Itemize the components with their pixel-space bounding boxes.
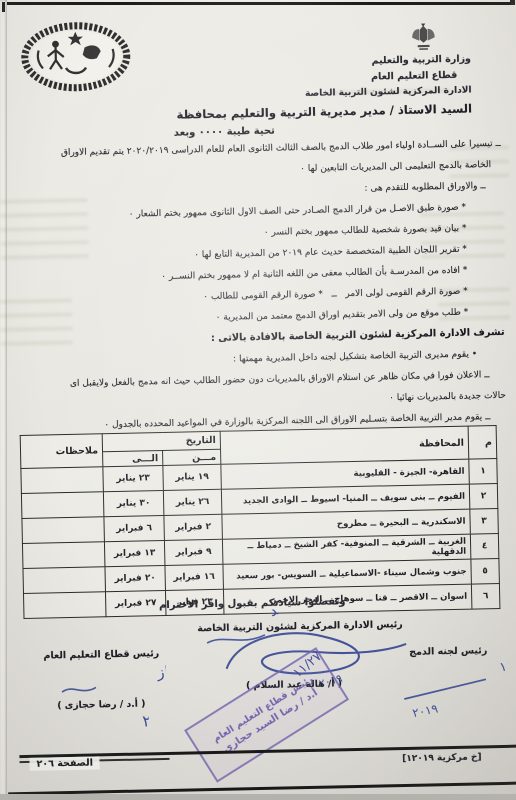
scanned-letter-page: وزارة التربية والتعليم قطاع التعليم العا… [0,0,516,800]
merge-committee-signature: غاده عل ١١/٢٧ ٢٠١٩ [387,657,508,725]
svg-text:٢٠١٩: ٢٠١٩ [411,701,439,720]
row-date-from: ١٦ فبراير [165,564,224,590]
signature-date-handwriting: ٢٠١٩/١١/٢٧ [6,708,149,749]
footer-page-number: الصفحة ٢٠٦ [29,756,100,770]
intro-line-2: الخاصة بالدمج التعليمى الى المديريات الت… [1,158,491,183]
doc-item: * بيان قيد بصورة شخصية للطالب ممهور بختم… [2,222,466,246]
col-header-to: الـــى [103,451,163,467]
committee-bullet: • يقوم مديرى التربية الخاصة بتشكيل لجنه … [5,347,477,371]
letter-body: ــ تيسيرا على الســادة اولياء امور طلاب … [1,137,507,441]
row-date-to: ٢٠ فبراير [105,565,166,591]
doc-item: * افاده من المدرسـة بأن الطالب معفى من ا… [3,264,467,288]
row-date-from: ٢ فبراير [164,514,223,540]
row-date-from: ١٩ يناير [163,464,222,490]
row-notes [23,567,106,594]
announce-line-2: حالات جديدة بالمديريات نهائيا ٠ [6,389,506,414]
egypt-eagle-icon [410,22,437,53]
row-notes [22,542,105,569]
row-date-to: ٦ فبراير [104,515,165,541]
letter-content: وزارة التربية والتعليم قطاع التعليم العا… [0,0,516,800]
col-header-from: مـــن [163,449,221,465]
svg-text:رضاحجاز: رضاحجاز [155,660,166,682]
tasks-heading: تشرف الادارة المركزية لشئون التربية الخا… [5,326,505,351]
schedule-table: م المحافظة التاريخ ملاحظات مـــن الـــى … [20,425,501,619]
required-docs-heading: ــ والاوراق المطلوبه للتقدم هى : [2,179,486,204]
svg-text:٢٠١٩/١١/٢٧: ٢٠١٩/١١/٢٧ [141,708,149,730]
special-education-emblem-icon [18,19,134,97]
scan-corner-mark-right [510,0,515,5]
row-num: ١ [469,459,498,485]
header-sector: قطاع التعليم العام [371,70,457,83]
col-header-num: م [468,426,497,460]
announce-line-1: ــ الاعلان فورا في مكان ظاهر عن استلام ا… [5,368,489,393]
row-notes [22,517,105,544]
col-header-notes: ملاحظات [20,434,103,469]
row-num: ٢ [469,484,498,510]
row-date-from: ٢٦ يناير [163,489,222,515]
row-num: ٣ [470,509,499,535]
row-num: ٤ [470,533,499,559]
row-date-to: ١٣ فبراير [104,540,165,566]
row-date-from: ٩ فبراير [164,539,223,565]
row-date-to: ٢٣ يناير [103,466,164,492]
doc-item: * طلب موقع من ولى الامر بتقديم اوراق الد… [4,306,468,330]
scan-bottom-edge [0,794,516,800]
row-notes [21,467,104,494]
merge-committee-head-title: رئيس لجنه الدمج [409,645,487,658]
row-date-to: ٣٠ يناير [103,491,164,517]
doc-item: * تقرير اللجان الطبية المتخصصة حديث عام … [3,243,467,267]
addressee-line: السيد الاستاذ / مدير مديرية التربية والت… [176,101,472,121]
general-education-signature: رضاحجاز [55,660,166,700]
col-header-governorate: المحافظة [220,426,469,464]
doc-item: * صورة طبق الاصـل من قرار الدمج الصـادر … [2,201,466,225]
row-num: ٥ [471,558,500,584]
svg-text:غاده عل ١١/٢٧: غاده عل ١١/٢٧ [498,657,509,676]
row-notes [21,492,104,519]
header-ministry: وزارة التربية والتعليم [371,53,471,66]
doc-item: * صورة الرقم القومى لولى الامر ــ * صورة… [4,285,468,309]
footer-reference: [خ مركزية ١٢٠١٩] [402,752,482,764]
svg-text:يعتمد: يعتمد [267,602,279,621]
